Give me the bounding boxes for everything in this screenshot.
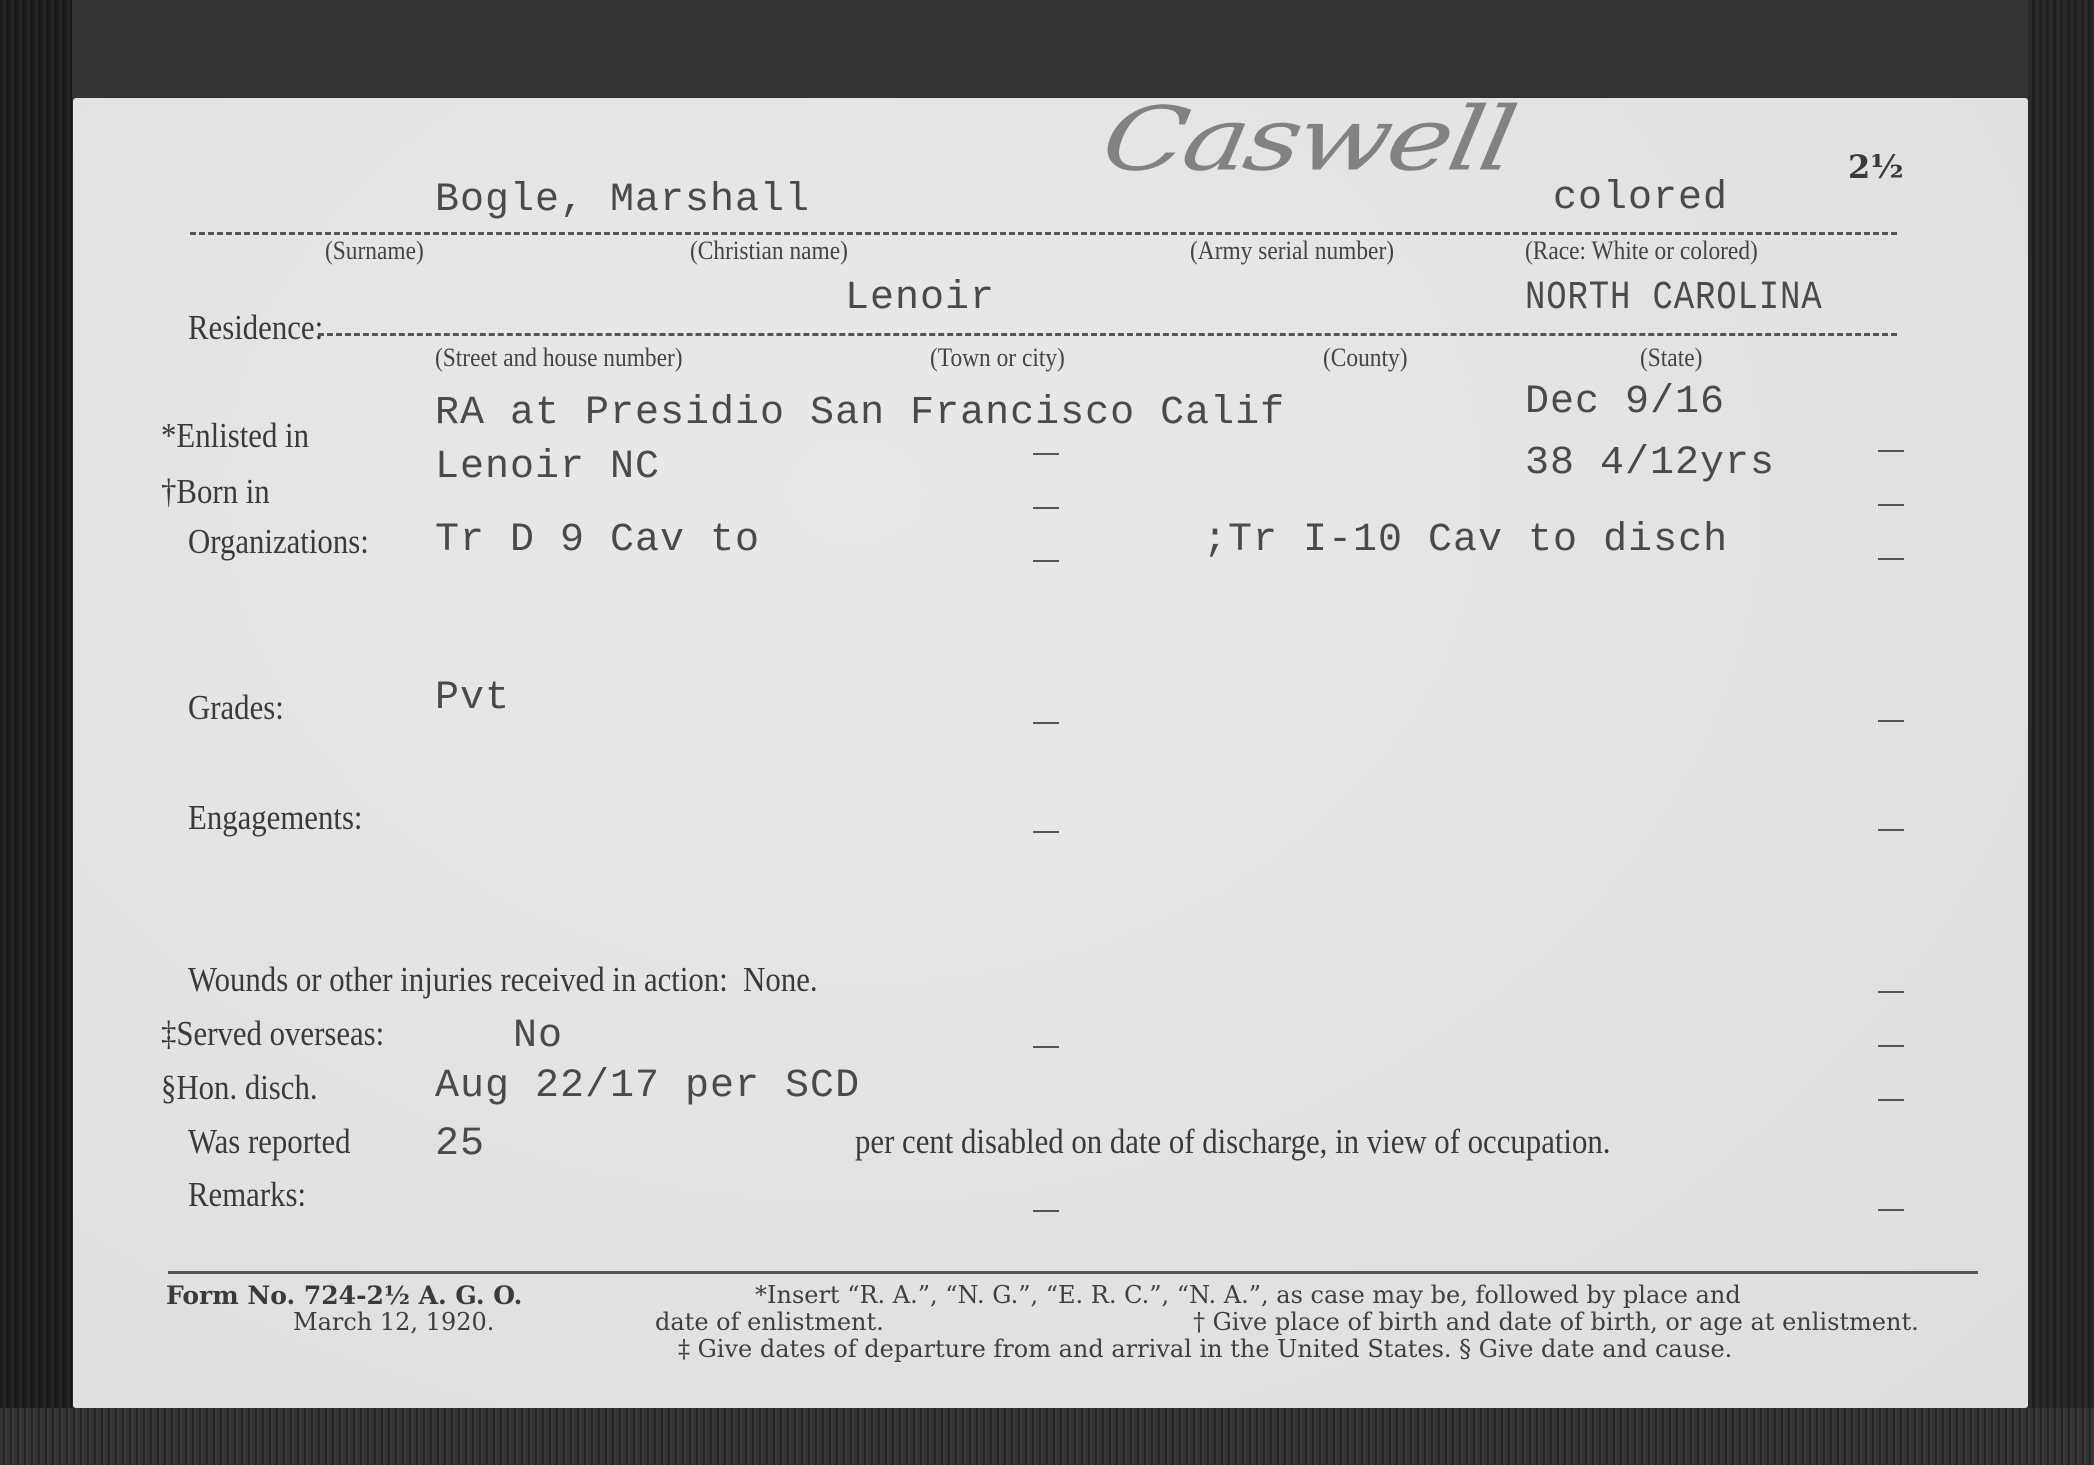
disability-text: per cent disabled on date of discharge, … bbox=[855, 1122, 1610, 1162]
dash-mark bbox=[1033, 1046, 1059, 1048]
name-line bbox=[190, 232, 1897, 235]
hon-disch-label: §Hon. disch. bbox=[161, 1068, 318, 1108]
born-age: 38 4/12yrs bbox=[1525, 441, 1775, 486]
engagements-label: Engagements: bbox=[188, 798, 362, 838]
served-overseas-label: ‡Served overseas: bbox=[161, 1014, 384, 1054]
background-top bbox=[72, 0, 2094, 98]
dash-mark bbox=[1033, 453, 1059, 455]
county-label: (County) bbox=[1323, 343, 1408, 373]
state-label: (State) bbox=[1640, 343, 1702, 373]
was-reported-label: Was reported bbox=[188, 1122, 351, 1162]
town-label: (Town or city) bbox=[930, 343, 1065, 373]
race-value: colored bbox=[1553, 176, 1728, 221]
surname-label: (Surname) bbox=[325, 236, 424, 266]
organizations-value-2: ;Tr I-10 Cav to disch bbox=[1203, 518, 1728, 563]
soldier-name: Bogle, Marshall bbox=[435, 178, 810, 223]
disability-percent-value: 25 bbox=[435, 1122, 485, 1167]
dash-mark bbox=[1878, 1099, 1904, 1101]
born-value: Lenoir NC bbox=[435, 445, 660, 490]
enlisted-value: RA at Presidio San Francisco Calif bbox=[435, 391, 1285, 436]
background-bottom-edge bbox=[0, 1408, 2094, 1465]
serial-number-label: (Army serial number) bbox=[1190, 236, 1394, 266]
footnote-line-2b: † Give place of birth and date of birth,… bbox=[1193, 1308, 1919, 1336]
race-label: (Race: White or colored) bbox=[1525, 236, 1758, 266]
residence-line bbox=[318, 333, 1897, 336]
dash-mark bbox=[1033, 831, 1059, 833]
dash-mark bbox=[1878, 991, 1904, 993]
residence-label: Residence: bbox=[188, 308, 323, 348]
dash-mark bbox=[1878, 1045, 1904, 1047]
dash-mark bbox=[1878, 558, 1904, 560]
background-right-edge bbox=[2028, 0, 2094, 1465]
enlisted-label: *Enlisted in bbox=[161, 416, 309, 456]
enlisted-date: Dec 9/16 bbox=[1525, 380, 1725, 425]
footnote-line-3: ‡ Give dates of departure from and arriv… bbox=[678, 1335, 1732, 1363]
dash-mark bbox=[1033, 1210, 1059, 1212]
service-record-card: Caswell 2½ Bogle, Marshall colored (Surn… bbox=[73, 98, 2028, 1408]
card-number: 2½ bbox=[1848, 148, 1904, 186]
dash-mark bbox=[1878, 450, 1904, 452]
form-number: Form No. 724-2½ A. G. O. bbox=[166, 1281, 522, 1310]
street-label: (Street and house number) bbox=[435, 343, 683, 373]
christian-name-label: (Christian name) bbox=[690, 236, 848, 266]
organizations-value-1: Tr D 9 Cav to bbox=[435, 518, 760, 563]
hon-disch-value: Aug 22/17 per SCD bbox=[435, 1064, 860, 1109]
dash-mark bbox=[1033, 722, 1059, 724]
background-left-edge bbox=[0, 0, 72, 1465]
dash-mark bbox=[1878, 1209, 1904, 1211]
dash-mark bbox=[1033, 507, 1059, 509]
footnote-line-2a: date of enlistment. bbox=[655, 1308, 884, 1336]
dash-mark bbox=[1033, 560, 1059, 562]
born-label: †Born in bbox=[161, 472, 270, 512]
wounds-label: Wounds or other injuries received in act… bbox=[188, 960, 818, 1000]
grades-label: Grades: bbox=[188, 688, 284, 728]
residence-town-value: Lenoir bbox=[845, 276, 995, 321]
footer-rule bbox=[168, 1271, 1978, 1274]
handwritten-county: Caswell bbox=[1095, 88, 1521, 190]
served-overseas-value: No bbox=[513, 1014, 563, 1059]
dash-mark bbox=[1878, 720, 1904, 722]
footnote-line-1: *Insert “R. A.”, “N. G.”, “E. R. C.”, “N… bbox=[755, 1281, 1741, 1309]
grades-value: Pvt bbox=[435, 676, 510, 721]
dash-mark bbox=[1878, 829, 1904, 831]
dash-mark bbox=[1878, 504, 1904, 506]
remarks-label: Remarks: bbox=[188, 1175, 306, 1215]
form-date: March 12, 1920. bbox=[293, 1308, 494, 1336]
organizations-label: Organizations: bbox=[188, 522, 369, 562]
residence-state-value: NORTH CAROLINA bbox=[1525, 276, 1823, 321]
